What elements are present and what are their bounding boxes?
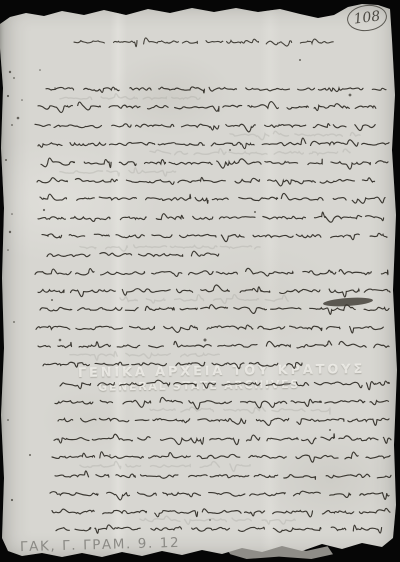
- scanned-manuscript-page: ΓΕΝΙΚΑ ΑΡΧΕΙΑ ΤΟΥ ΚΡΑΤΟΥΣ GENERAL STATE …: [0, 0, 400, 562]
- paper: ΓΕΝΙΚΑ ΑΡΧΕΙΑ ΤΟΥ ΚΡΑΤΟΥΣ GENERAL STATE …: [0, 0, 400, 562]
- page-number: 108: [353, 8, 381, 27]
- handwriting-ink-layer: [0, 0, 400, 562]
